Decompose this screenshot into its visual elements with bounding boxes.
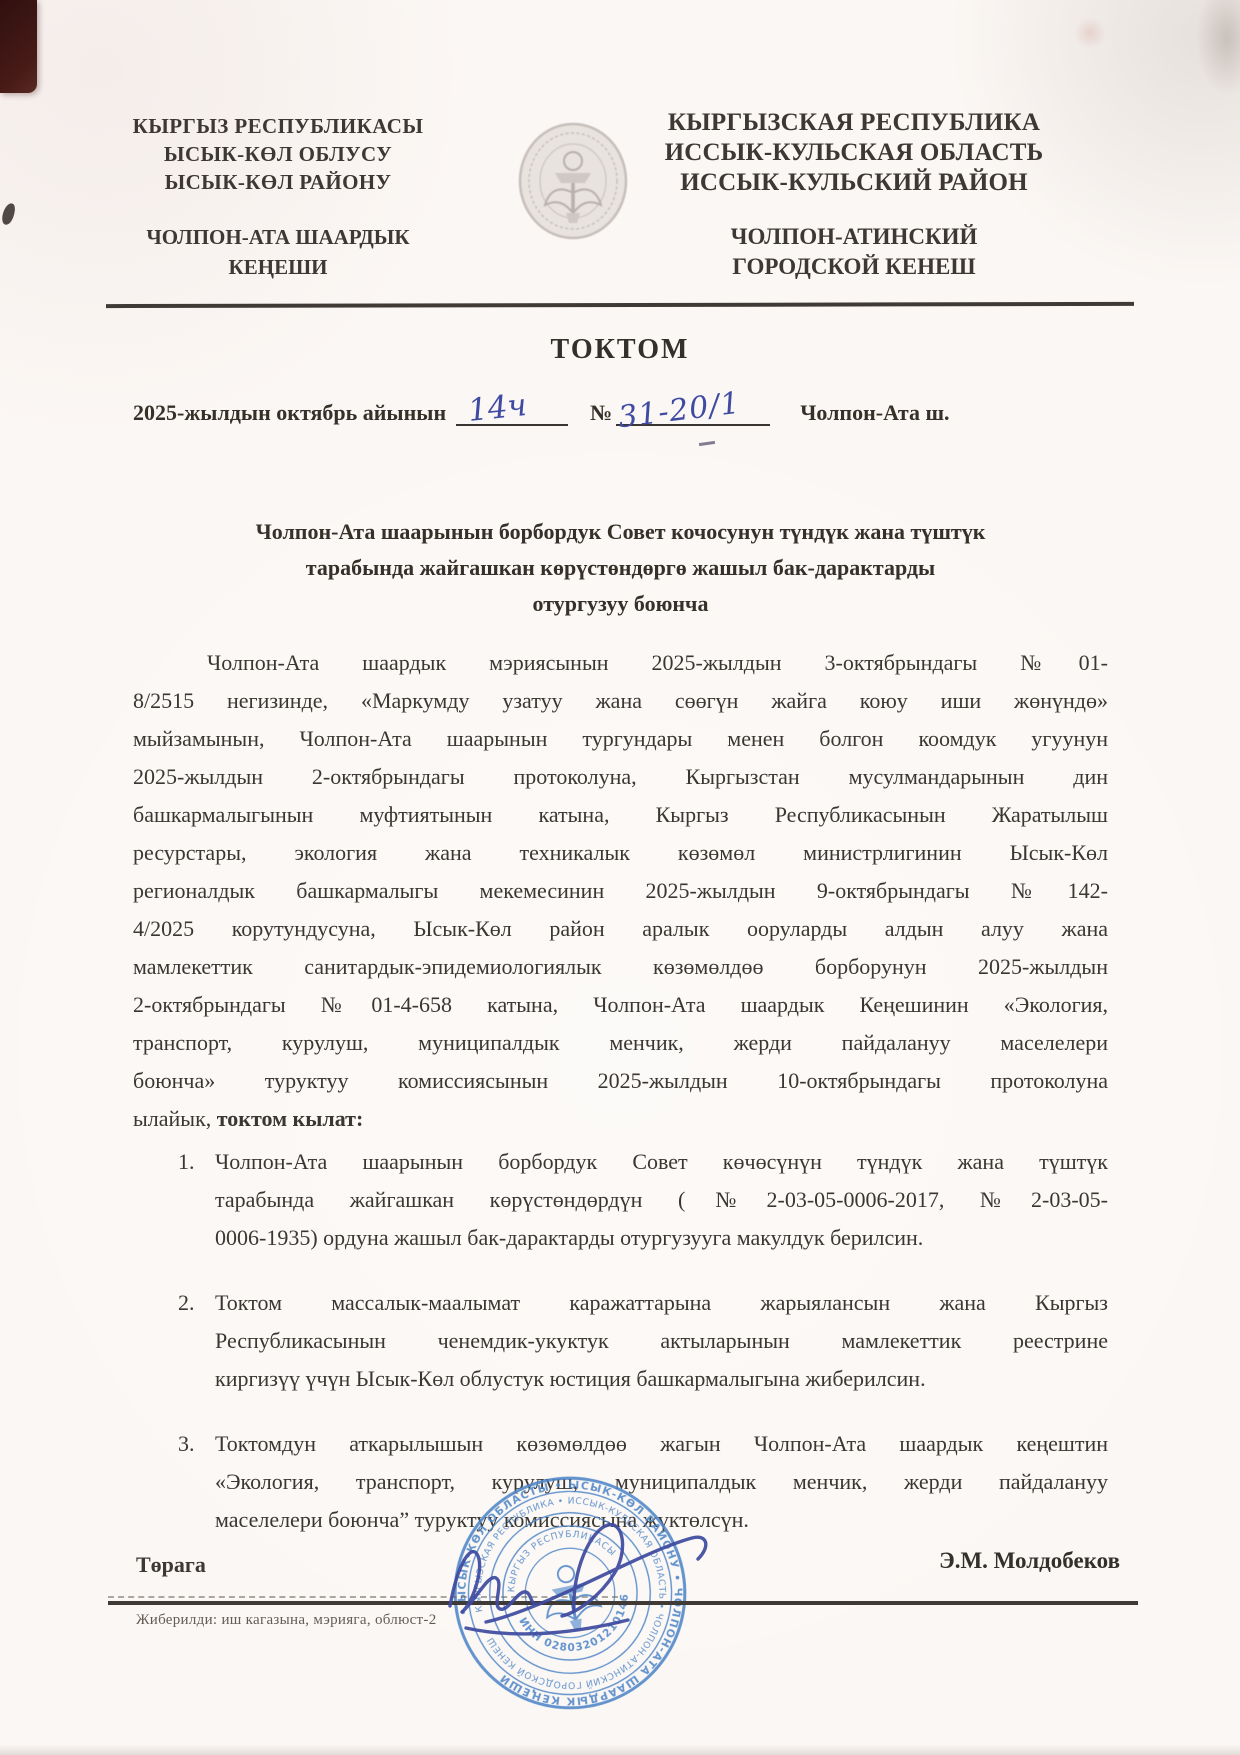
org-left-line-2: КЕҢЕШИ [104,252,452,282]
header-right-line-1: КЫРГЫЗСКАЯ РЕСПУБЛИКА [596,108,1112,138]
preamble-line: 2-октябрындагы №01-4-658 катына, Чолпон-… [133,986,1108,1024]
org-left-line-1: ЧОЛПОН-АТА ШААРДЫК [104,222,452,252]
preamble-line: ресурстары, экология жана техникалык көз… [133,834,1108,872]
preamble-line: 8/2515 негизинде, «Маркумду узатуу жана … [133,682,1108,720]
preamble-line: боюнча» туруктуу комиссиясынын 2025-жылд… [133,1062,1108,1100]
dateline-day-blank: 14ч [456,392,568,426]
org-right-line-1: ЧОЛПОН-АТИНСКИЙ [596,222,1112,252]
subject-line-3: отургузуу боюнча [133,586,1108,622]
header-divider-rule [106,302,1134,308]
scan-pink-speck [1072,16,1108,50]
preamble-line: Чолпон-Ата шаардык мэриясынын 2025-жылды… [133,644,1108,682]
scan-edge-mark [1,202,17,226]
signature-title: Төрага [136,1552,206,1578]
dateline-prefix: 2025-жылдын октябрь айынын [133,400,446,426]
handwritten-number: 31-20/1 [617,386,743,436]
subject-line-1: Чолпон-Ата шаарынын борбордук Совет кочо… [133,514,1108,550]
document-title: ТОКТОМ [0,334,1240,366]
scanned-decree-page: КЫРГЫЗ РЕСПУБЛИКАСЫ ЫСЫК-КӨЛ ОБЛУСУ ЫСЫК… [0,0,1240,1755]
stray-dash-mark [699,441,715,446]
list-item-2: 2. Токтом массалык-маалымат каражаттарын… [178,1284,1108,1398]
preamble-paragraph: Чолпон-Ата шаардык мэриясынын 2025-жылды… [133,644,1108,1138]
dateline-number-blank: 31-20/1 [616,392,770,426]
scan-corner-artifact [0,0,37,93]
header-right-line-2: ИССЫК-КУЛЬСКАЯ ОБЛАСТЬ [596,138,1112,168]
list-item-body: Токтом массалык-маалымат каражаттарына ж… [215,1284,1108,1398]
dateline-number-sign: № [590,400,612,426]
list-item-number: 3. [178,1425,215,1539]
dateline-place: Чолпон-Ата ш. [800,400,949,426]
preamble-line: мыйзамынын, Чолпон-Ата шаарынын тургунда… [133,720,1108,758]
item-line: 0006-1935) ордуна жашыл бак-дарактарды о… [215,1219,1108,1257]
item-line: тарабында жайгашкан көрүстөндөрдүн (№2-0… [215,1181,1108,1219]
item-line: Республикасынын ченемдик-укуктук актылар… [215,1322,1108,1360]
org-right-line-2: ГОРОДСКОЙ КЕНЕШ [596,252,1112,282]
scan-right-smudge [1196,0,1240,96]
header-right-russian: КЫРГЫЗСКАЯ РЕСПУБЛИКА ИССЫК-КУЛЬСКАЯ ОБЛ… [596,108,1112,198]
list-item-1: 1. Чолпон-Ата шаарынын борбордук Совет к… [178,1143,1108,1257]
scan-bottom-shade [0,1744,1240,1755]
signature-name: Э.М. Молдобеков [820,1548,1120,1574]
header-left-line-1: КЫРГЫЗ РЕСПУБЛИКАСЫ [104,112,452,140]
preamble-line: регионалдык башкармалыгы мекемесинин 202… [133,872,1108,910]
item-line: киргизүү үчүн Ысык-Көл облустук юстиция … [215,1360,1108,1398]
preamble-line: 4/2025 корутундусуна, Ысык-Көл район ара… [133,910,1108,948]
distribution-note: Жиберилди: иш кагазына, мэрияга, облюст-… [136,1612,437,1629]
preamble-line: транспорт, курулуш, муниципалдык менчик,… [133,1024,1108,1062]
handwritten-signature [428,1510,768,1660]
preamble-line: 2025-жылдын 2-октябрындагы протоколуна, … [133,758,1108,796]
subject-line-2: тарабында жайгашкан көрүстөндөргө жашыл … [133,550,1108,586]
preamble-last-line: ылайык, токтом кылат: [133,1100,1108,1138]
preamble-line: мамлекеттик санитардык-эпидемиологиялык … [133,948,1108,986]
header-left-line-2: ЫСЫК-КӨЛ ОБЛУСУ [104,140,452,168]
preamble-tail: ылайык, [133,1106,217,1131]
header-right-line-3: ИССЫК-КУЛЬСКИЙ РАЙОН [596,168,1112,198]
header-right-org: ЧОЛПОН-АТИНСКИЙ ГОРОДСКОЙ КЕНЕШ [596,222,1112,282]
header-left-line-3: ЫСЫК-КӨЛ РАЙОНУ [104,168,452,196]
list-item-number: 2. [178,1284,215,1398]
subject-heading: Чолпон-Ата шаарынын борбордук Совет кочо… [133,514,1108,622]
item-line: Токтом массалык-маалымат каражаттарына ж… [215,1284,1108,1322]
header-left-org: ЧОЛПОН-АТА ШААРДЫК КЕҢЕШИ [104,222,452,282]
dateline: 2025-жылдын октябрь айынын 14ч № 31-20/1… [133,392,1123,426]
handwritten-day: 14ч [466,387,528,429]
list-item-body: Чолпон-Ата шаарынын борбордук Совет көчө… [215,1143,1108,1257]
preamble-line: башкармалыгынын муфтиятынын катына, Кырг… [133,796,1108,834]
resolution-phrase: токтом кылат: [217,1106,364,1131]
header-left-kyrgyz: КЫРГЫЗ РЕСПУБЛИКАСЫ ЫСЫК-КӨЛ ОБЛУСУ ЫСЫК… [104,112,452,196]
list-item-number: 1. [178,1143,215,1257]
item-line: Чолпон-Ата шаарынын борбордук Совет көчө… [215,1143,1108,1181]
